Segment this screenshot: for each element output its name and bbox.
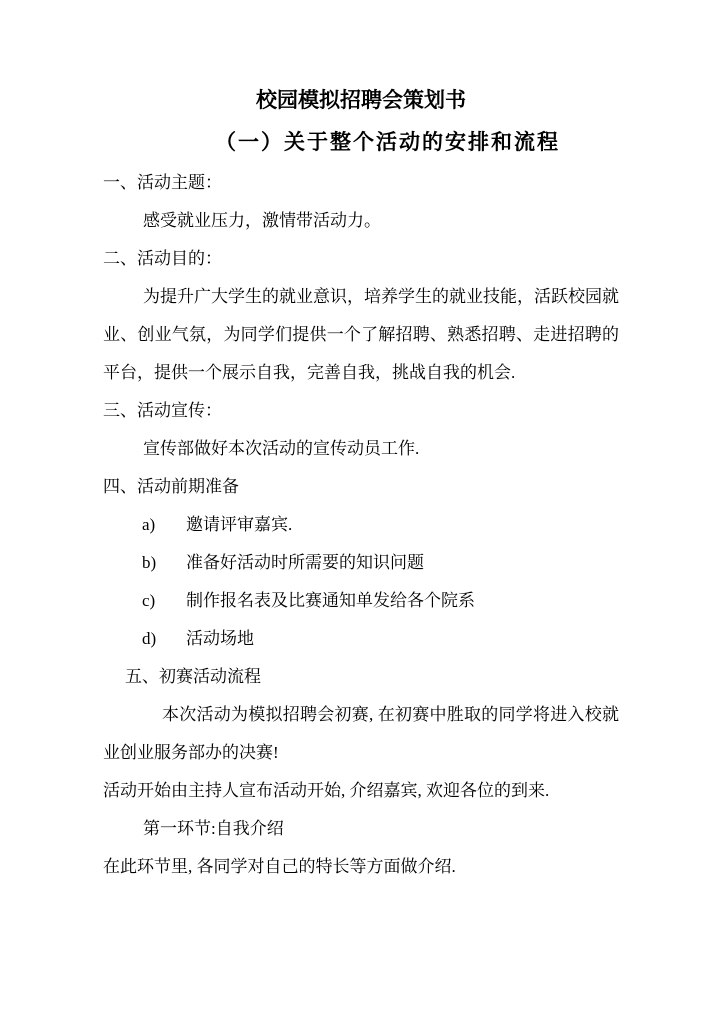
document-body: 一、活动主题： 感受就业压力，激情带活动力。 二、活动目的： 为提升广大学生的就…	[103, 164, 619, 886]
section-heading-preliminary-round: 五、初赛活动流程	[103, 658, 619, 696]
document-page: 校园模拟招聘会策划书 （一）关于整个活动的安排和流程 一、活动主题： 感受就业压…	[0, 0, 721, 1020]
paragraph-line: 为提升广大学生的就业意识，培养学生的就业技能，活跃校园就	[103, 278, 619, 316]
section-heading-activity-publicity: 三、活动宣传：	[103, 392, 619, 430]
list-marker: c)	[142, 582, 186, 620]
section-heading-activity-theme: 一、活动主题：	[103, 164, 619, 202]
section-heading-preparation: 四、活动前期准备	[103, 468, 619, 506]
list-item-text: 准备好活动时所需要的知识问题	[186, 553, 424, 572]
list-item: a)邀请评审嘉宾.	[103, 506, 619, 544]
paragraph-line: 宣传部做好本次活动的宣传动员工作.	[103, 430, 619, 468]
list-item-text: 制作报名表及比赛通知单发给各个院系	[186, 591, 475, 610]
paragraph-line: 活动开始由主持人宣布活动开始, 介绍嘉宾, 欢迎各位的到来.	[103, 772, 619, 810]
list-item: b)准备好活动时所需要的知识问题	[103, 544, 619, 582]
list-item-text: 活动场地	[186, 629, 254, 648]
list-marker: d)	[142, 620, 186, 658]
paragraph-line: 本次活动为模拟招聘会初赛, 在初赛中胜取的同学将进入校就	[103, 696, 619, 734]
list-item: c)制作报名表及比赛通知单发给各个院系	[103, 582, 619, 620]
list-item: d)活动场地	[103, 620, 619, 658]
paragraph-line: 业创业服务部办的决赛!	[103, 734, 619, 772]
section-heading-activity-purpose: 二、活动目的：	[103, 240, 619, 278]
section-subtitle: （一）关于整个活动的安排和流程	[103, 127, 619, 159]
list-marker: a)	[142, 506, 186, 544]
list-item-text: 邀请评审嘉宾.	[186, 515, 292, 534]
page-title: 校园模拟招聘会策划书	[103, 85, 619, 117]
document-content: 校园模拟招聘会策划书 （一）关于整个活动的安排和流程 一、活动主题： 感受就业压…	[103, 85, 619, 886]
paragraph-line: 平台，提供一个展示自我，完善自我，挑战自我的机会.	[103, 354, 619, 392]
list-marker: b)	[142, 544, 186, 582]
paragraph-line: 在此环节里, 各同学对自己的特长等方面做介绍.	[103, 848, 619, 886]
paragraph-line: 第一环节:自我介绍	[103, 810, 619, 848]
paragraph-line: 业、创业气氛，为同学们提供一个了解招聘、熟悉招聘、走进招聘的	[103, 316, 619, 354]
paragraph-line: 感受就业压力，激情带活动力。	[103, 202, 619, 240]
